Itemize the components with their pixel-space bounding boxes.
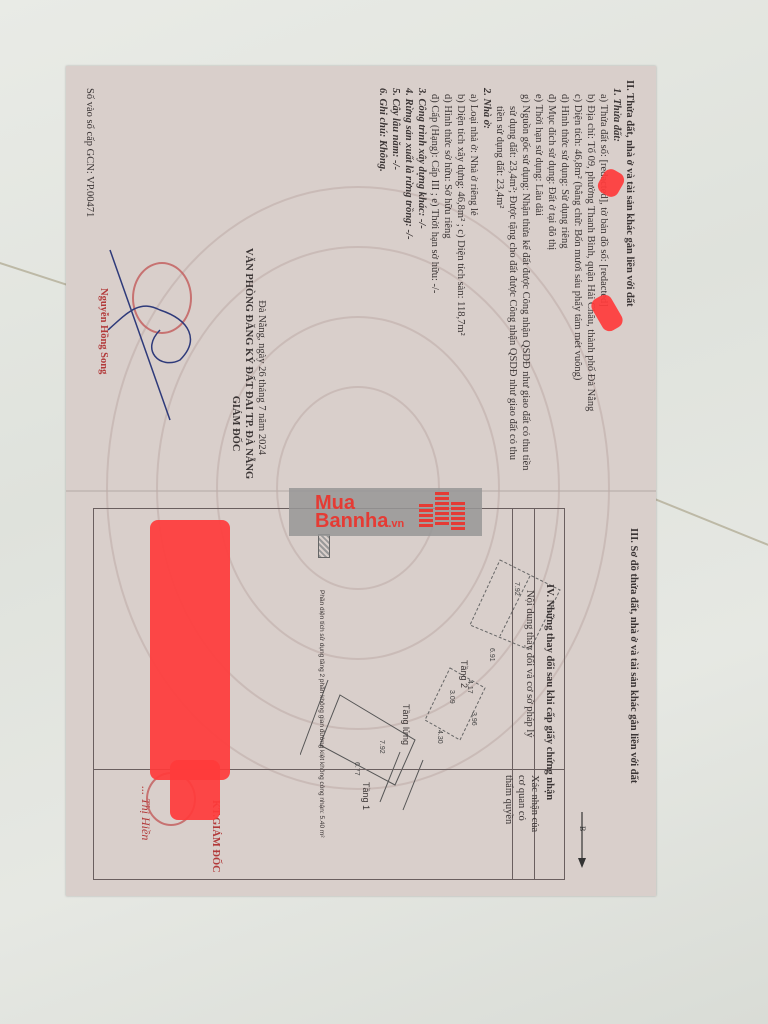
north-arrow-icon: B (572, 810, 592, 870)
watermark-text: Mua Bannha.vn (315, 494, 404, 533)
land-item: g) Nguồn gốc sử dụng: Nhận thừa kế đất đ… (519, 80, 532, 471)
svg-text:B: B (578, 826, 587, 831)
redaction-mark (150, 520, 230, 780)
other-item: 6. Ghi chú: Không. (376, 80, 389, 471)
land-item: b) Địa chỉ: Tổ 09, phường Thanh Bình, qu… (584, 80, 597, 471)
land-item: đ) Mục đích sử dụng: Đất ở tại đô thị (545, 80, 558, 471)
land-item: tiền sử dụng đất: 23,4m² (493, 80, 506, 471)
signature-block: Đà Nẵng, ngày 26 tháng 7 năm 2024 VĂN PH… (229, 248, 268, 479)
house-item: a) Loại nhà ở: Nhà ở riêng lẻ (467, 80, 480, 471)
other-item: 3. Công trình xây dựng khác: -/- (415, 80, 428, 471)
house-item: b) Diện tích xây dựng: 46,8m² ; c) Diện … (454, 80, 467, 471)
section-2: II. Thửa đất, nhà ở và tài sản khác gắn … (376, 80, 636, 471)
house-item: đ) Cấp (Hạng): Cấp III ; e) Thời hạn sở … (428, 80, 441, 471)
floor-tile-seam (0, 262, 67, 286)
registry-number: Số vào sổ cấp GCN: VP.00471 (83, 88, 96, 217)
land-item: d) Hình thức sử dụng: Sử dụng riêng (558, 80, 571, 471)
building-icon (435, 492, 449, 527)
section-2-title: II. Thửa đất, nhà ở và tài sản khác gắn … (623, 80, 636, 471)
land-item: sử dụng đất: 23,4m²; Được tặng cho đất đ… (506, 80, 519, 471)
other-item: 5. Cây lâu năm: -/- (389, 80, 402, 471)
land-heading: 1. Thửa đất: (610, 80, 623, 471)
signer-role: GIÁM ĐỐC (229, 248, 242, 479)
land-item: a) Thửa đất số: [redacted], tờ bản đồ số… (597, 80, 610, 471)
signature (100, 240, 220, 430)
house-heading: 2. Nhà ở: (480, 80, 493, 471)
house-item: d) Hình thức sở hữu: Sở hữu riêng (441, 80, 454, 471)
redaction-mark (170, 760, 220, 820)
table-col-approval: Xác nhận của cơ quan có thẩm quyền (502, 775, 541, 835)
table-col-content: Nội dung thay đổi và cơ sở pháp lý (523, 590, 536, 738)
other-item: 4. Rừng sản xuất là rừng trồng: -/- (402, 80, 415, 471)
section-4-title: IV. Những thay đổi sau khi cấp giấy chứn… (543, 584, 556, 800)
building-icon (451, 502, 465, 532)
land-item: c) Diện tích: 46,8m² (bằng chữ: Bốn mươi… (571, 80, 584, 471)
watermark-logo: Mua Bannha.vn (289, 488, 482, 536)
office-name: VĂN PHÒNG ĐĂNG KÝ ĐẤT ĐAI TP. ĐÀ NẴNG (242, 248, 255, 479)
floor-tile-seam (639, 492, 768, 546)
building-icon (419, 504, 433, 529)
date-line: Đà Nẵng, ngày 26 tháng 7 năm 2024 (255, 248, 268, 479)
land-item: e) Thời hạn sử dụng: Lâu dài (532, 80, 545, 471)
signer-name: Nguyễn Hồng Song (97, 288, 110, 374)
